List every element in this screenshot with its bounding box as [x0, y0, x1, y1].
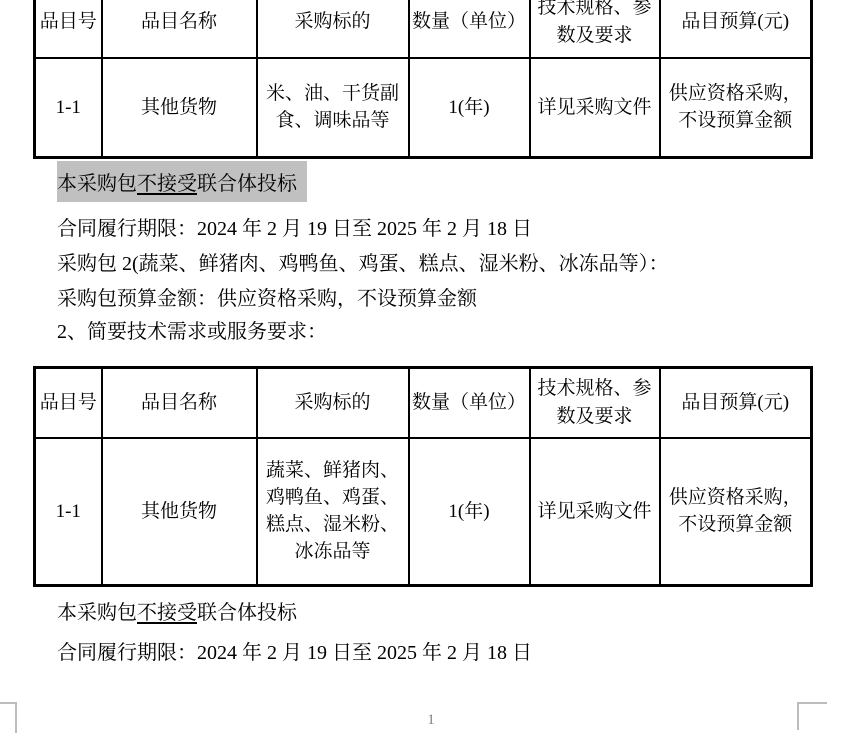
no-joint-bid-suffix: 联合体投标: [197, 173, 297, 195]
header-cell-quantity: 数量（单位）: [409, 368, 530, 438]
header-cell-item-no: 品目号: [35, 368, 102, 438]
cell-item-name: 其他货物: [102, 438, 257, 586]
header-cell-quantity: 数量（单位）: [409, 0, 530, 58]
package1-items-table: 品目号 品目名称 采购标的 数量（单位） 技术规格、参 数及要求 品目预算(元)…: [33, 0, 813, 159]
table-header-row: 品目号 品目名称 采购标的 数量（单位） 技术规格、参 数及要求 品目预算(元): [35, 0, 812, 58]
header-cell-budget: 品目预算(元): [660, 0, 812, 58]
package2-contract-period: 合同履行期限：2024 年 2 月 19 日至 2025 年 2 月 18 日: [57, 640, 532, 667]
text-boundary-mark-right: [797, 702, 799, 730]
header-cell-subject: 采购标的: [257, 0, 409, 58]
text-boundary-mark-right: [797, 702, 827, 704]
no-joint-bid-underlined-text: 不接受: [137, 602, 197, 624]
header-cell-item-name: 品目名称: [102, 368, 257, 438]
package1-no-joint-bid-line-selected[interactable]: 本采购包不接受联合体投标: [57, 161, 307, 202]
cell-subject: 蔬菜、鲜猪肉、 鸡鸭鱼、鸡蛋、 糕点、湿米粉、 冰冻品等: [257, 438, 409, 586]
page-number: 1: [0, 712, 862, 729]
package2-budget-line: 采购包预算金额：供应资格采购，不设预算金额: [57, 286, 477, 313]
package2-items-table: 品目号 品目名称 采购标的 数量（单位） 技术规格、参 数及要求 品目预算(元)…: [33, 366, 813, 587]
cell-subject: 米、油、干货副 食、调味品等: [257, 58, 409, 158]
no-joint-bid-prefix: 本采购包: [57, 602, 137, 624]
cell-quantity: 1(年): [409, 438, 530, 586]
header-cell-specs: 技术规格、参 数及要求: [530, 368, 660, 438]
header-cell-specs: 技术规格、参 数及要求: [530, 0, 660, 58]
header-cell-budget: 品目预算(元): [660, 368, 812, 438]
section2-heading: 2、简要技术需求或服务要求：: [57, 319, 327, 346]
cell-item-no: 1-1: [35, 58, 102, 158]
header-cell-subject: 采购标的: [257, 368, 409, 438]
cell-specs: 详见采购文件: [530, 438, 660, 586]
cell-budget: 供应资格采购， 不设预算金额: [660, 58, 812, 158]
text-boundary-mark-left: [15, 702, 17, 733]
cell-item-name: 其他货物: [102, 58, 257, 158]
table-row: 1-1 其他货物 米、油、干货副 食、调味品等 1(年) 详见采购文件 供应资格…: [35, 58, 812, 158]
cell-quantity: 1(年): [409, 58, 530, 158]
package1-contract-period: 合同履行期限：2024 年 2 月 19 日至 2025 年 2 月 18 日: [57, 216, 532, 243]
package2-items-table-wrap: 品目号 品目名称 采购标的 数量（单位） 技术规格、参 数及要求 品目预算(元)…: [33, 366, 823, 601]
cell-specs: 详见采购文件: [530, 58, 660, 158]
package2-no-joint-bid-line: 本采购包不接受联合体投标: [57, 600, 297, 627]
package2-title-line: 采购包 2(蔬菜、鲜猪肉、鸡鸭鱼、鸡蛋、糕点、湿米粉、冰冻品等）：: [57, 251, 669, 278]
header-cell-item-name: 品目名称: [102, 0, 257, 58]
no-joint-bid-prefix: 本采购包: [57, 173, 137, 195]
table-row: 1-1 其他货物 蔬菜、鲜猪肉、 鸡鸭鱼、鸡蛋、 糕点、湿米粉、 冰冻品等 1(…: [35, 438, 812, 586]
cell-budget: 供应资格采购， 不设预算金额: [660, 438, 812, 586]
cell-item-no: 1-1: [35, 438, 102, 586]
document-page: 品目号 品目名称 采购标的 数量（单位） 技术规格、参 数及要求 品目预算(元)…: [0, 0, 862, 737]
no-joint-bid-underlined-text: 不接受: [137, 173, 197, 195]
header-cell-item-no: 品目号: [35, 0, 102, 58]
table-header-row: 品目号 品目名称 采购标的 数量（单位） 技术规格、参 数及要求 品目预算(元): [35, 368, 812, 438]
package1-items-table-wrap: 品目号 品目名称 采购标的 数量（单位） 技术规格、参 数及要求 品目预算(元)…: [33, 0, 823, 164]
no-joint-bid-suffix: 联合体投标: [197, 602, 297, 624]
